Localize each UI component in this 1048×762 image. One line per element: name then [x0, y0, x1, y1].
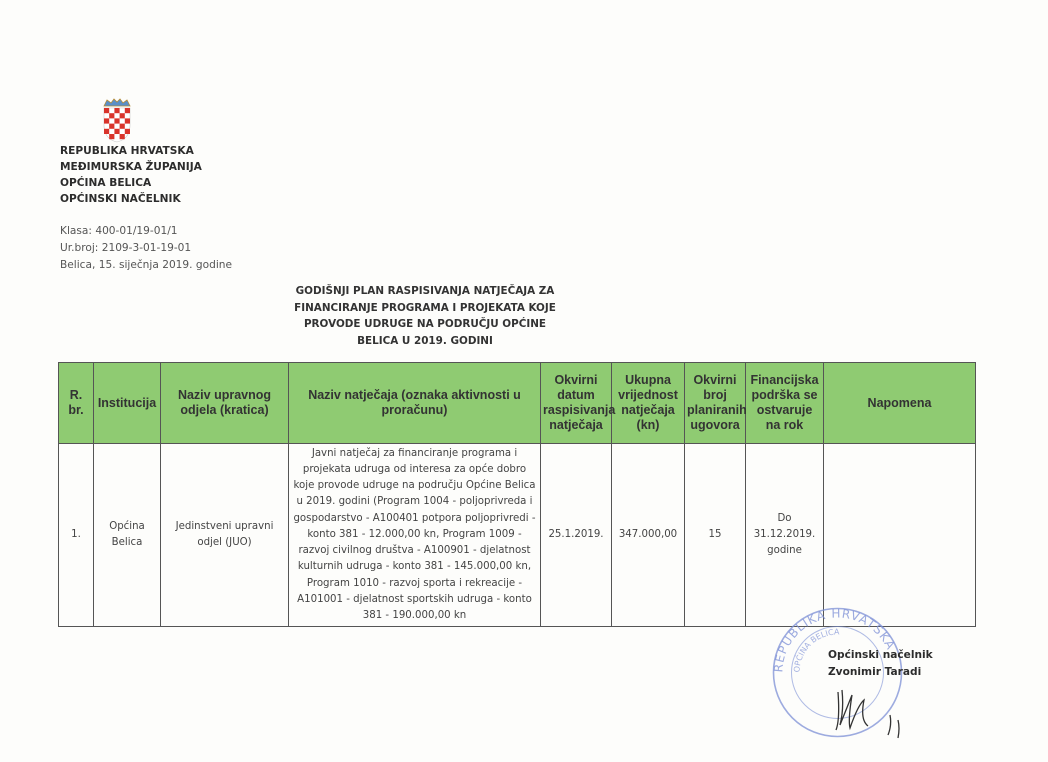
signatory-name: Zvonimir Taradi: [828, 664, 933, 681]
document-title: GODIŠNJI PLAN RASPISIVANJA NATJEČAJA ZA …: [280, 283, 570, 349]
col-broj: Okvirni broj planiranih ugovora: [685, 363, 746, 444]
cell-vrijednost: 347.000,00: [612, 444, 685, 627]
issuer-block: REPUBLIKA HRVATSKA MEĐIMURSKA ŽUPANIJA O…: [60, 143, 202, 207]
croatian-coat-of-arms-icon: [101, 97, 133, 143]
title-line: GODIŠNJI PLAN RASPISIVANJA NATJEČAJA ZA: [280, 283, 570, 300]
cell-napomena: [824, 444, 976, 627]
org-line: OPĆINA BELICA: [60, 175, 202, 191]
title-line: PROVODE UDRUGE NA PODRUČJU OPĆINE: [280, 316, 570, 333]
ur-broj: Ur.broj: 2109-3-01-19-01: [60, 240, 232, 257]
handwritten-signature-icon: [830, 680, 930, 740]
signatory-role: Općinski načelnik: [828, 647, 933, 664]
col-vrijednost: Ukupna vrijednost natječaja (kn): [612, 363, 685, 444]
cell-datum: 25.1.2019.: [541, 444, 612, 627]
col-datum: Okvirni datum raspisivanja natječaja: [541, 363, 612, 444]
org-line: MEĐIMURSKA ŽUPANIJA: [60, 159, 202, 175]
cell-rok: Do 31.12.2019. godine: [746, 444, 824, 627]
date-line: Belica, 15. siječnja 2019. godine: [60, 257, 232, 274]
cell-odjel: Jedinstveni upravni odjel (JUO): [161, 444, 289, 627]
signature-block: Općinski načelnik Zvonimir Taradi: [828, 647, 933, 681]
document-meta: Klasa: 400-01/19-01/1 Ur.broj: 2109-3-01…: [60, 223, 232, 274]
col-napomena: Napomena: [824, 363, 976, 444]
col-rok: Financijska podrška se ostvaruje na rok: [746, 363, 824, 444]
org-line: REPUBLIKA HRVATSKA: [60, 143, 202, 159]
cell-rbr: 1.: [59, 444, 94, 627]
klasa: Klasa: 400-01/19-01/1: [60, 223, 232, 240]
title-line: FINANCIRANJE PROGRAMA I PROJEKATA KOJE: [280, 300, 570, 317]
cell-institucija: Općina Belica: [94, 444, 161, 627]
col-odjel: Naziv upravnog odjela (kratica): [161, 363, 289, 444]
plan-table: R. br. Institucija Naziv upravnog odjela…: [58, 362, 976, 627]
col-rbr: R. br.: [59, 363, 94, 444]
cell-naziv: Javni natječaj za financiranje programa …: [289, 444, 541, 627]
col-naziv: Naziv natječaja (oznaka aktivnosti u pro…: [289, 363, 541, 444]
title-line: BELICA U 2019. GODINI: [280, 333, 570, 350]
org-line: OPĆINSKI NAČELNIK: [60, 191, 202, 207]
table-header-row: R. br. Institucija Naziv upravnog odjela…: [59, 363, 976, 444]
cell-broj: 15: [685, 444, 746, 627]
table-row: 1. Općina Belica Jedinstveni upravni odj…: [59, 444, 976, 627]
col-institucija: Institucija: [94, 363, 161, 444]
